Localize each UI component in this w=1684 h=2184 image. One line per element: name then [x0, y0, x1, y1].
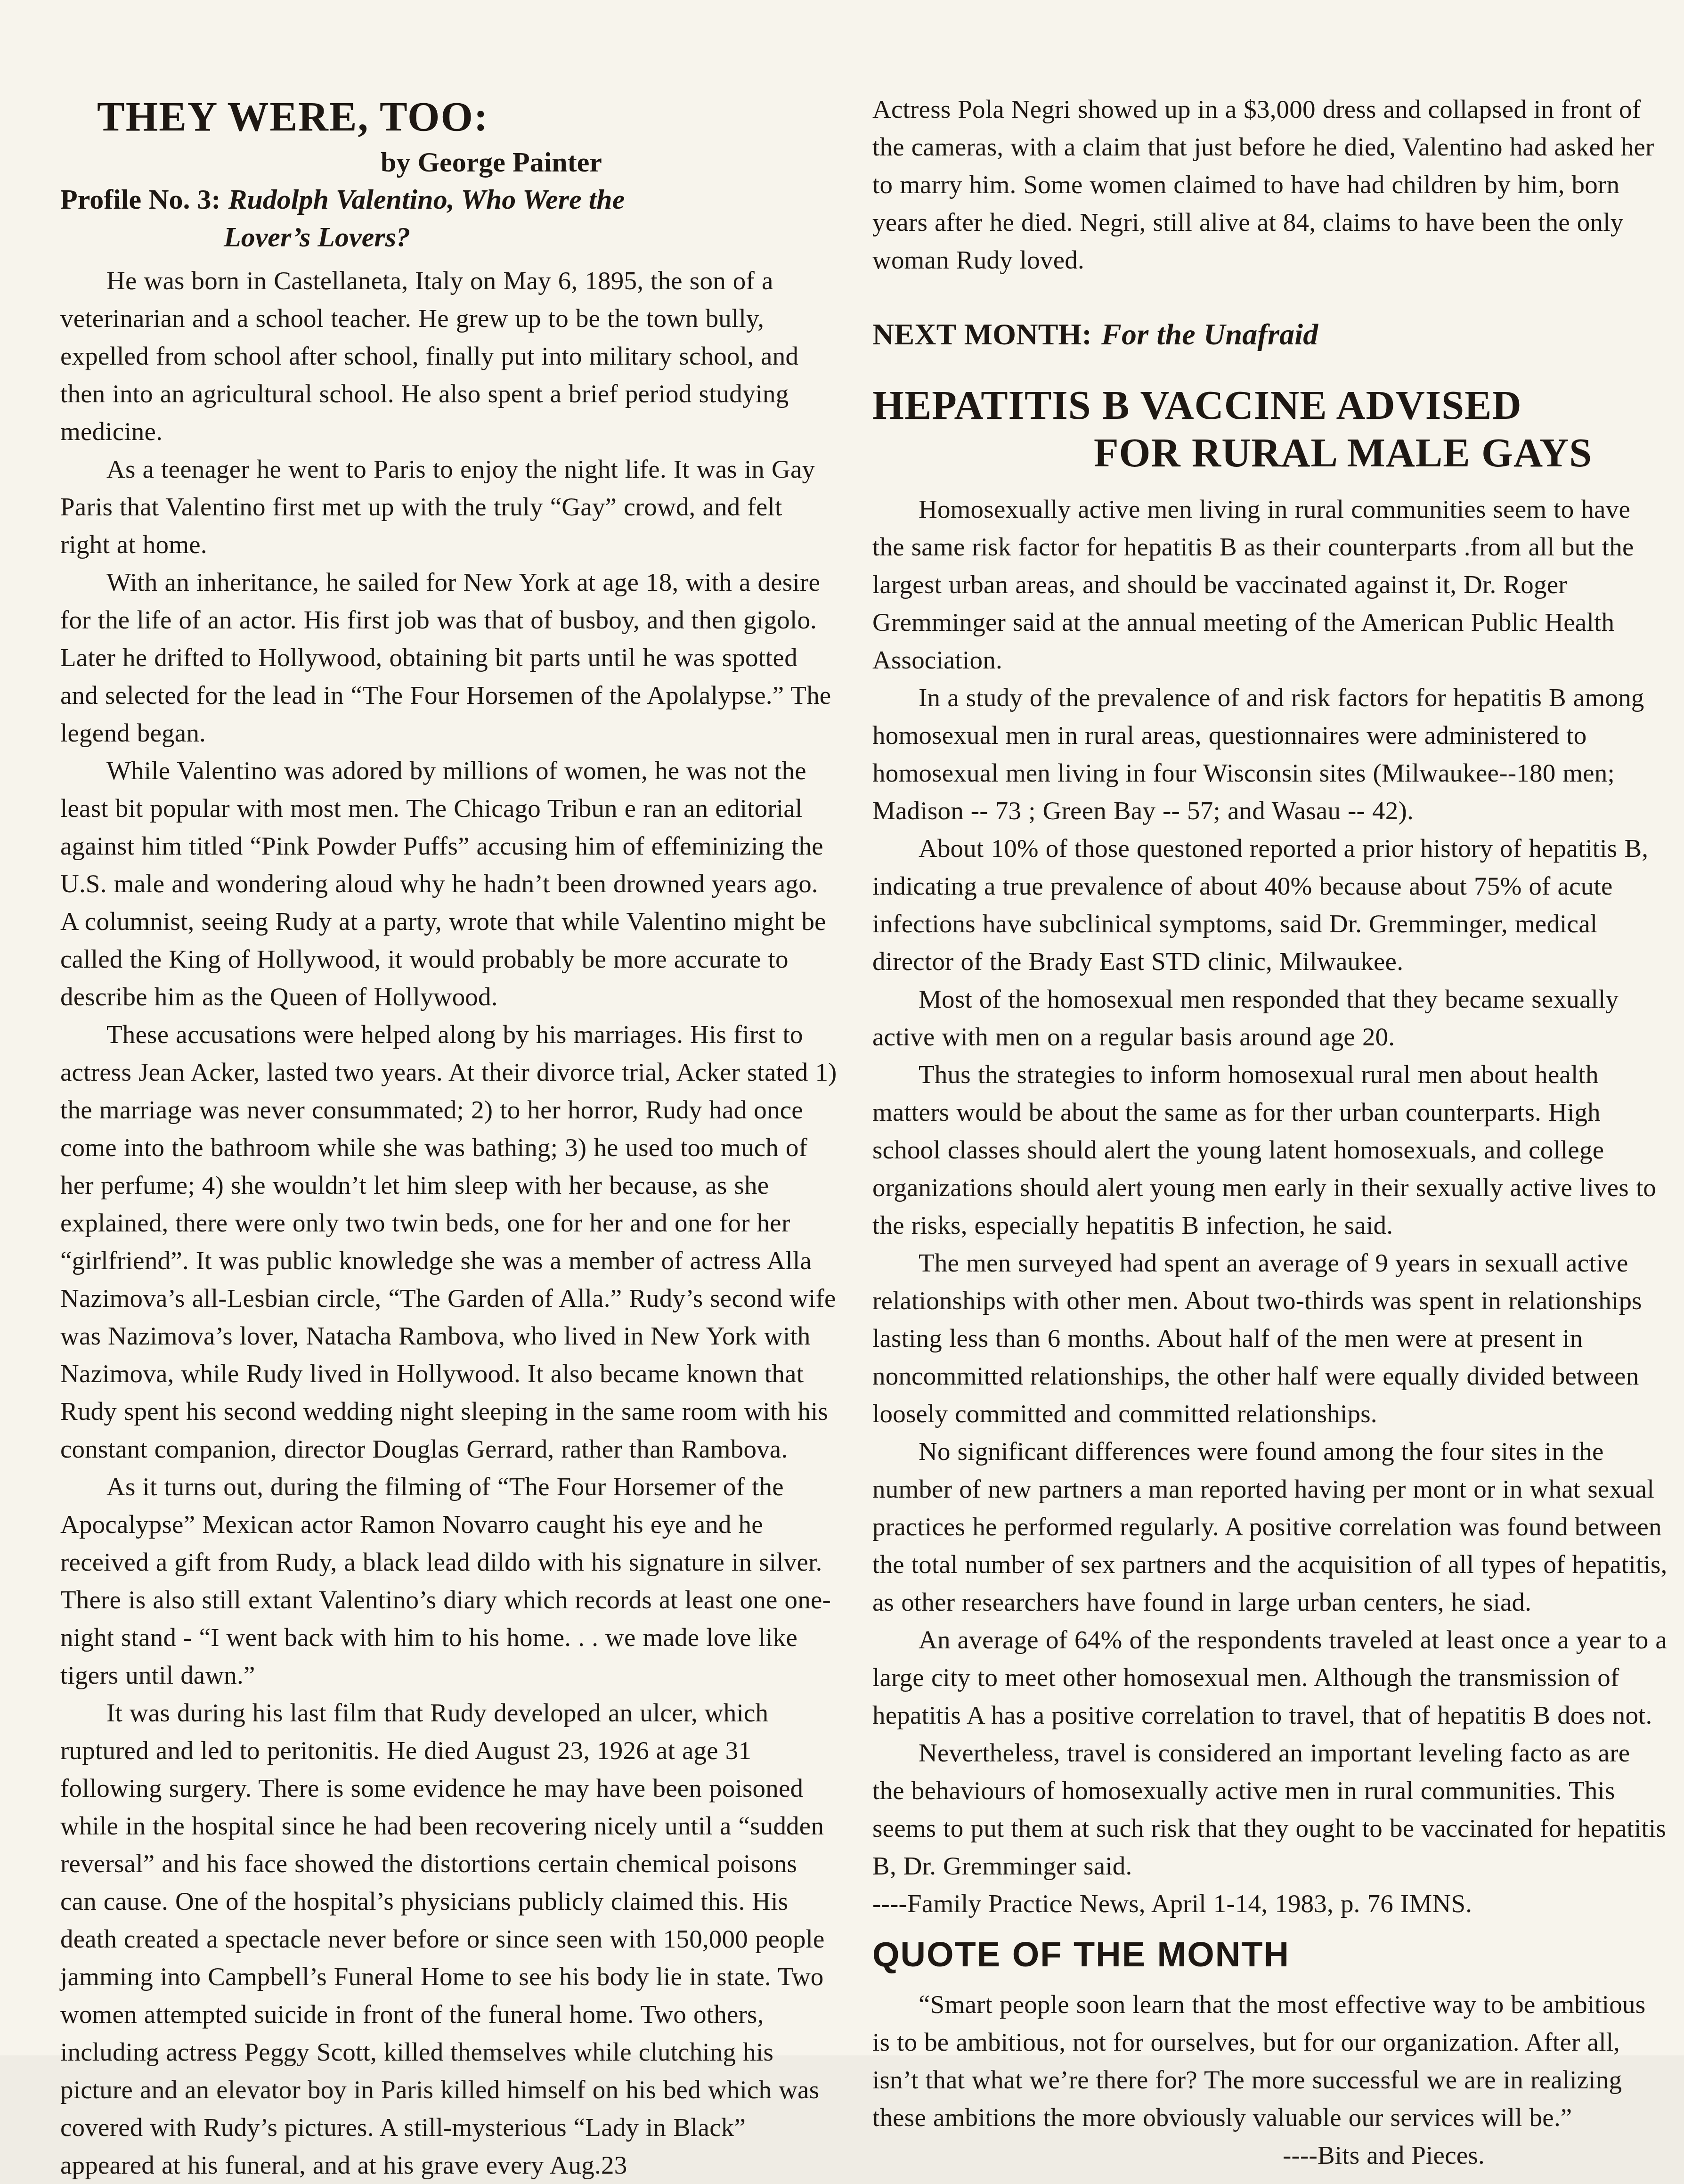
- paragraph: Nevertheless, travel is considered an im…: [872, 1734, 1668, 1885]
- continuation-paragraph: Actress Pola Negri showed up in a $3,000…: [872, 90, 1668, 279]
- right-column: Actress Pola Negri showed up in a $3,000…: [872, 0, 1668, 2055]
- paragraph: Homosexually active men living in rural …: [872, 490, 1668, 679]
- paragraph: An average of 64% of the respondents tra…: [872, 1621, 1668, 1734]
- quote-of-the-month-heading: QUOTE OF THE MONTH: [872, 1936, 1668, 1973]
- profile-heading: Profile No. 3:Rudolph Valentino, Who Wer…: [60, 180, 838, 219]
- paragraph: About 10% of those questoned reported a …: [872, 830, 1668, 980]
- paragraph: The men surveyed had spent an average of…: [872, 1244, 1668, 1433]
- paragraph: It was during his last film that Rudy de…: [60, 1694, 838, 2055]
- top-margin: [872, 0, 1668, 90]
- next-month-heading: NEXT MONTH:For the Unafraid: [872, 316, 1668, 353]
- profile-title-line2: Lover’s Lovers?: [60, 219, 838, 255]
- profile-label: Profile No. 3:: [60, 184, 220, 215]
- byline: by George Painter: [60, 144, 838, 180]
- paragraph: As a teenager he went to Paris to enjoy …: [60, 450, 838, 563]
- source-line: ----Family Practice News, April 1-14, 19…: [872, 1885, 1668, 1923]
- article-title: THEY WERE, TOO:: [97, 94, 838, 141]
- headline-line2: FOR RURAL MALE GAYS: [872, 429, 1668, 477]
- left-article-body: He was born in Castellaneta, Italy on Ma…: [60, 262, 838, 2055]
- paragraph: He was born in Castellaneta, Italy on Ma…: [60, 262, 838, 450]
- quote-paragraph: “Smart people soon learn that the most e…: [872, 1986, 1668, 2055]
- paragraph: Thus the strategies to inform homosexual…: [872, 1056, 1668, 1244]
- top-margin: [60, 0, 838, 94]
- next-month-label: NEXT MONTH:: [872, 318, 1092, 351]
- hepatitis-headline: HEPATITIS B VACCINE ADVISED FOR RURAL MA…: [872, 382, 1668, 477]
- paragraph: These accusations were helped along by h…: [60, 1016, 838, 1468]
- profile-title-line1: Rudolph Valentino, Who Were the: [228, 184, 625, 215]
- right-article-body: Actress Pola Negri showed up in a $3,000…: [872, 90, 1668, 2055]
- paragraph: Most of the homosexual men responded tha…: [872, 980, 1668, 1056]
- newsletter-page: THEY WERE, TOO: by George Painter Profil…: [0, 0, 1684, 2055]
- paragraph: As it turns out, during the filming of “…: [60, 1468, 838, 1694]
- headline-line1: HEPATITIS B VACCINE ADVISED: [872, 383, 1522, 428]
- paragraph: In a study of the prevalence of and risk…: [872, 679, 1668, 830]
- next-month-title: For the Unafraid: [1101, 318, 1318, 351]
- paragraph: With an inheritance, he sailed for New Y…: [60, 563, 838, 752]
- left-column: THEY WERE, TOO: by George Painter Profil…: [60, 0, 838, 2055]
- paragraph: While Valentino was adored by millions o…: [60, 752, 838, 1016]
- paragraph: No significant differences were found am…: [872, 1433, 1668, 1621]
